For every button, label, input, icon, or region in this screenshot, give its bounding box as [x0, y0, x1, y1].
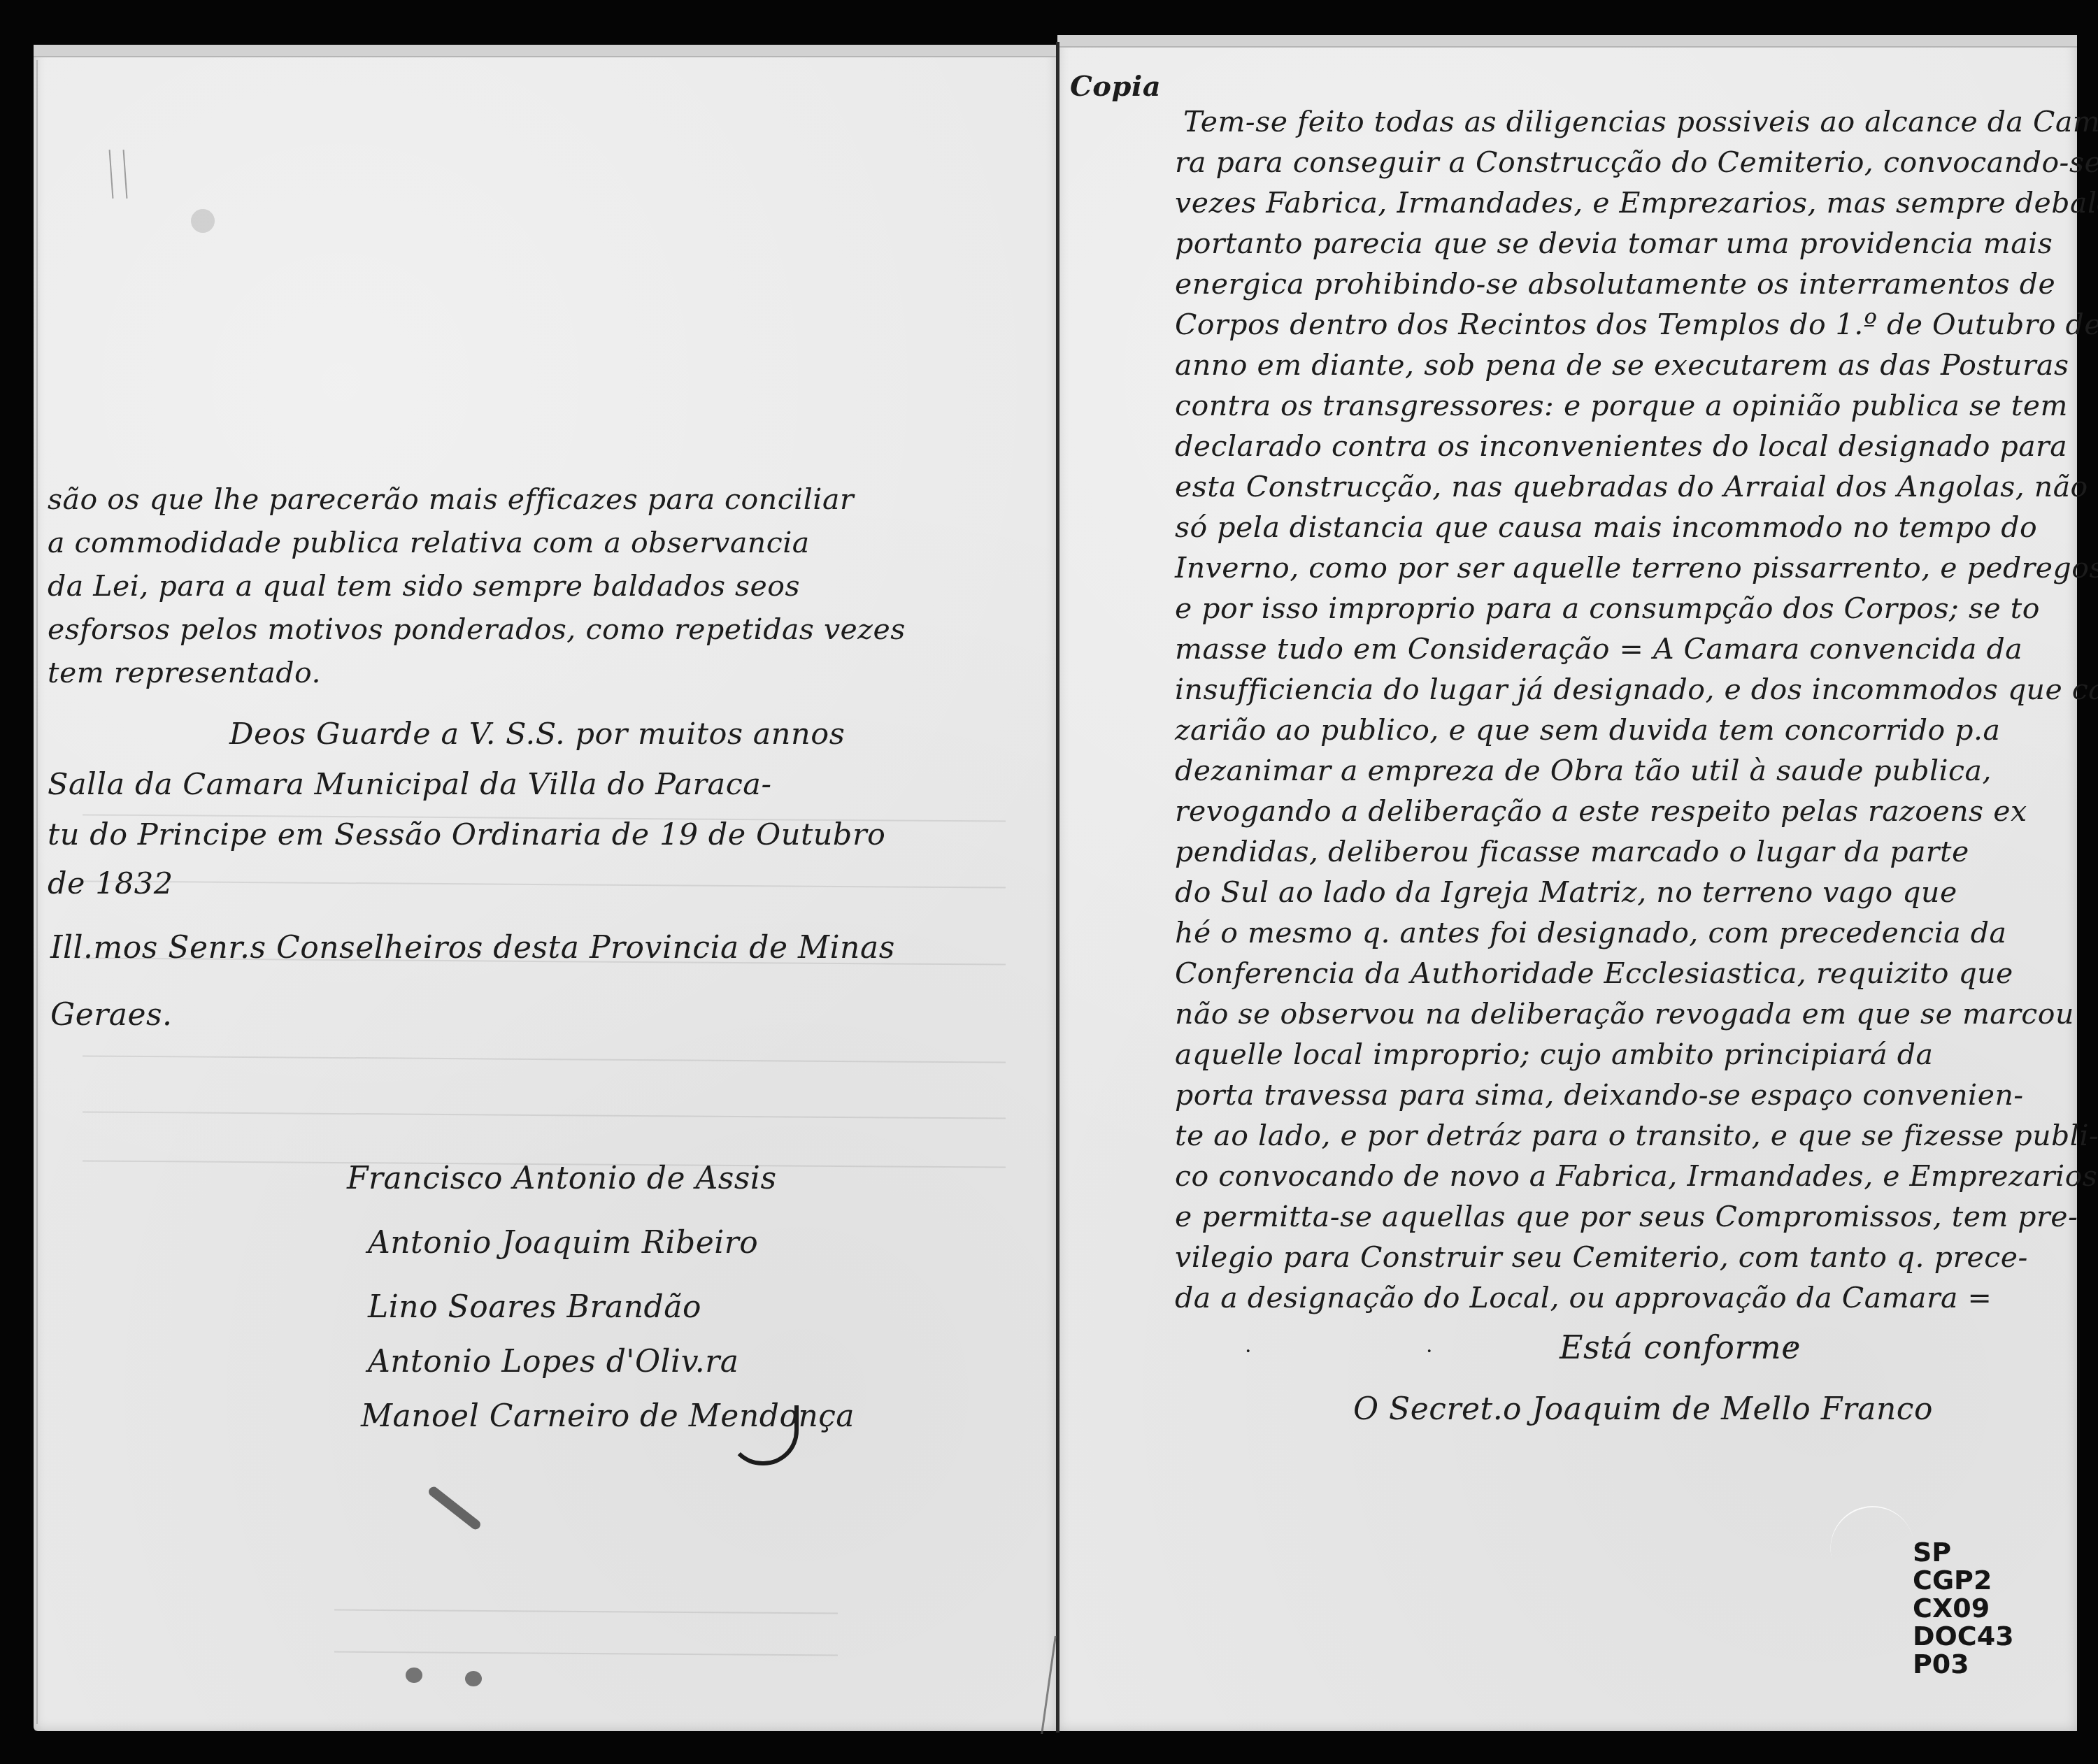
text-line: do Sul ao lado da Igreja Matriz, no terr… — [1175, 875, 1957, 909]
text-line: dezanimar a empreza de Obra tão util à s… — [1175, 754, 1992, 787]
text-line: e por isso improprio para a consumpção d… — [1175, 591, 2040, 625]
text-line: só pela distancia que causa mais incommo… — [1175, 510, 2037, 544]
closing-line: Salla da Camara Municipal da Villa do Pa… — [48, 767, 771, 802]
archive-reference-label: SP CGP2 CX09 DOC43 P03 — [1913, 1538, 2014, 1678]
right-page-top-edge — [1057, 35, 2077, 48]
text-line: te ao lado, e por detráz para o transito… — [1175, 1119, 2098, 1152]
text-line: da Lei, para a qual tem sido sempre bald… — [48, 569, 800, 603]
text-line: vilegio para Construir seu Cemiterio, co… — [1175, 1240, 2028, 1274]
archive-ref-line: SP — [1913, 1538, 2014, 1566]
archive-ref-line: CX09 — [1913, 1594, 2014, 1622]
text-line: esta Construcção, nas quebradas do Arrai… — [1175, 470, 2088, 503]
bleed-through-line — [334, 1651, 838, 1656]
text-line: ra para conseguir a Construcção do Cemit… — [1175, 145, 2098, 179]
text-line: e permitta-se aquellas que por seus Comp… — [1175, 1200, 2078, 1233]
signature: Francisco Antonio de Assis — [347, 1161, 777, 1196]
ink-blot — [406, 1668, 422, 1683]
paper-stain — [191, 209, 215, 233]
text-line: zarião ao publico, e que sem duvida tem … — [1175, 713, 2000, 747]
text-line: revogando a deliberação a este respeito … — [1175, 794, 2027, 828]
scan-background: são os que lhe parecerão mais efficazes … — [0, 0, 2098, 1764]
closing-line: tu do Principe em Sessão Ordinaria de 19… — [48, 817, 885, 852]
text-line: porta travessa para sima, deixando-se es… — [1175, 1078, 2024, 1112]
text-line: energica prohibindo-se absolutamente os … — [1175, 267, 2055, 301]
bleed-through-line — [83, 1111, 1006, 1119]
text-line: vezes Fabrica, Irmandades, e Emprezarios… — [1175, 186, 2098, 220]
text-line: masse tudo em Consideração = A Camara co… — [1175, 632, 2022, 666]
signature: Antonio Joaquim Ribeiro — [368, 1225, 758, 1261]
archive-ref-line: CGP2 — [1913, 1566, 2014, 1594]
text-line: anno em diante, sob pena de se executare… — [1175, 348, 2069, 382]
text-line: portanto parecia que se devia tomar uma … — [1175, 227, 2053, 260]
addressee-line: Geraes. — [50, 997, 173, 1033]
text-line: Inverno, como por ser aquelle terreno pi… — [1175, 551, 2098, 585]
archive-ref-line: DOC43 — [1913, 1622, 2014, 1650]
text-line: a commodidade publica relativa com a obs… — [48, 526, 810, 559]
certification-text: Está conforme — [1560, 1328, 1801, 1366]
text-line: insufficiencia do lugar já designado, e … — [1175, 673, 2098, 706]
text-line: pendidas, deliberou ficasse marcado o lu… — [1175, 835, 1969, 868]
archive-ref-line: P03 — [1913, 1650, 2014, 1678]
addressee-line: Ill.mos Senr.s Conselheiros desta Provin… — [50, 930, 895, 966]
text-line: contra os transgressores: e porque a opi… — [1175, 389, 2068, 422]
bleed-through-line — [83, 880, 1006, 888]
text-line: não se observou na deliberação revogada … — [1175, 997, 2074, 1031]
text-line: são os que lhe parecerão mais efficazes … — [48, 482, 854, 516]
text-line: Tem-se feito todas as diligencias possiv… — [1183, 105, 2098, 138]
text-line: aquelle local improprio; cujo ambito pri… — [1175, 1038, 1933, 1071]
date-line: de 1832 — [48, 866, 173, 901]
text-line: da a designação do Local, ou approvação … — [1175, 1281, 1992, 1314]
bleed-through-line — [334, 1609, 838, 1614]
left-page — [34, 45, 1057, 1731]
text-line: co convocando de novo a Fabrica, Irmanda… — [1175, 1159, 2098, 1193]
book-spine — [1056, 42, 1059, 1733]
signature: Lino Soares Brandão — [368, 1289, 701, 1325]
closing-line: Deos Guarde a V. S.S. por muitos annos — [229, 717, 845, 752]
text-line: hé o mesmo q. antes foi designado, com p… — [1175, 916, 2006, 949]
bleed-through-line — [83, 1055, 1006, 1063]
secretary-signature: O Secret.o Joaquim de Mello Franco — [1353, 1391, 1933, 1427]
text-line: Corpos dentro dos Recintos dos Templos d… — [1175, 308, 2098, 341]
ink-blot — [465, 1671, 482, 1686]
text-line: esforsos pelos motivos ponderados, como … — [48, 612, 906, 646]
signature: Antonio Lopes d'Oliv.ra — [368, 1344, 739, 1379]
text-line: declarado contra os inconvenientes do lo… — [1175, 429, 2067, 463]
text-line: Conferencia da Authoridade Ecclesiastica… — [1175, 956, 2013, 990]
copia-margin-label: Copia — [1070, 70, 1161, 103]
left-page-top-edge — [34, 45, 1057, 57]
text-line: tem representado. — [48, 656, 321, 689]
pencil-marks — [110, 150, 138, 201]
